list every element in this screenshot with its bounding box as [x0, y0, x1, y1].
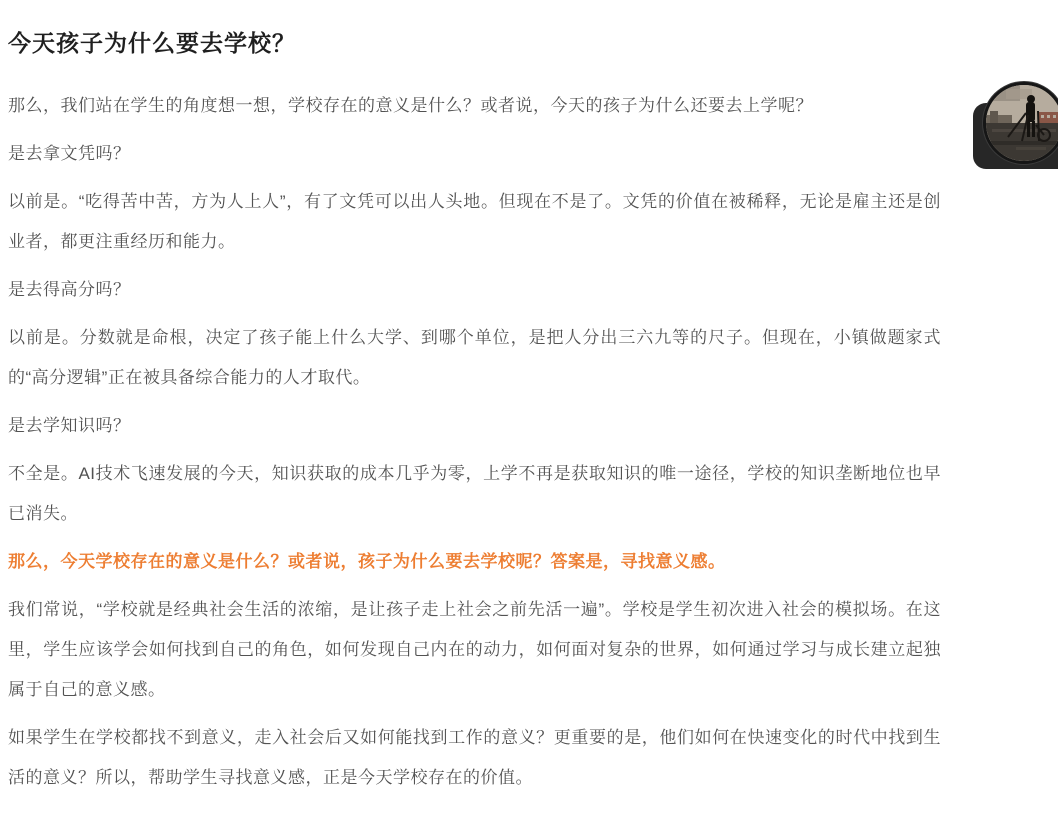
para-key-answer: 那么，今天学校存在的意义是什么？或者说，孩子为什么要去学校呢？答案是，寻找意义感… — [8, 542, 941, 582]
para-answer-scores: 以前是。分数就是命根，决定了孩子能上什么大学、到哪个单位，是把人分出三六九等的尺… — [8, 318, 941, 398]
presenter-avatar[interactable] — [983, 82, 1058, 164]
para-question-scores: 是去得高分吗？ — [8, 270, 941, 310]
para-question-diploma: 是去拿文凭吗？ — [8, 134, 941, 174]
para-answer-diploma: 以前是。“吃得苦中苦，方为人上人”，有了文凭可以出人头地。但现在不是了。文凭的价… — [8, 182, 941, 262]
para-intro-question: 那么，我们站在学生的角度想一想，学校存在的意义是什么？或者说，今天的孩子为什么还… — [8, 86, 941, 126]
document-page: 今天孩子为什么要去学校？ 那么，我们站在学生的角度想一想，学校存在的意义是什么？… — [0, 0, 1058, 814]
para-school-simulation: 我们常说，“学校就是经典社会生活的浓缩，是让孩子走上社会之前先活一遍”。学校是学… — [8, 590, 941, 710]
article-title: 今天孩子为什么要去学校？ — [8, 30, 941, 57]
para-answer-knowledge: 不全是。AI技术飞速发展的今天，知识获取的成本几乎为零，上学不再是获取知识的唯一… — [8, 454, 941, 534]
para-question-knowledge: 是去学知识吗？ — [8, 406, 941, 446]
para-conclusion: 如果学生在学校都找不到意义，走入社会后又如何能找到工作的意义？更重要的是，他们如… — [8, 718, 941, 798]
article-content: 今天孩子为什么要去学校？ 那么，我们站在学生的角度想一想，学校存在的意义是什么？… — [8, 0, 941, 806]
presenter-photo-icon — [986, 85, 1058, 161]
